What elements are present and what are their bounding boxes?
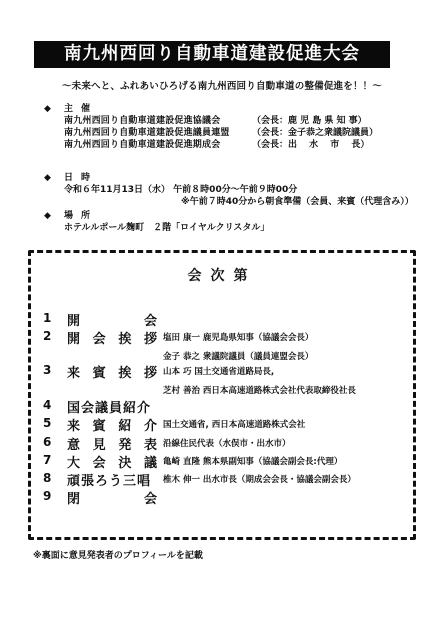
agenda-label-char: 表 — [144, 434, 157, 453]
agenda-label-char: 来 — [67, 362, 80, 381]
agenda-item-detail-secondary: 金子 恭之 衆議院議員（議員連盟会長） — [163, 350, 313, 362]
agenda-label-char: 会 — [144, 488, 157, 507]
section-heading: 日時 — [64, 172, 98, 184]
agenda-item-label: 大会決議 — [67, 452, 157, 471]
agenda-item-detail: 沿線住民代表（水俣市・出水市） — [163, 437, 291, 449]
agenda-item-number: 8 — [43, 471, 51, 485]
venue-name: ホテルルポール麹町 ２階「ロイヤルクリスタル」 — [64, 222, 269, 234]
agenda-label-char: 拶 — [144, 362, 157, 381]
agenda-label-char: 頑張ろう三唱 — [67, 470, 151, 489]
agenda-item-detail: 亀崎 直隆 熊本県副知事（協議会副会長:代理） — [163, 455, 342, 467]
agenda-label-char: 議 — [144, 452, 157, 471]
agenda-item-label: 開会 — [67, 310, 157, 329]
agenda-item-label: 閉会 — [67, 488, 157, 507]
agenda-item-detail: 塩田 康一 鹿児島県知事（協議会会長） — [163, 331, 313, 343]
agenda-title: 会次第 — [31, 265, 413, 285]
agenda-item-detail: 国土交通省, 西日本高速道路株式会社 — [163, 418, 305, 430]
agenda-label-char: 紹 — [118, 415, 131, 434]
agenda-label-char: 賓 — [93, 415, 106, 434]
agenda-item-detail: 椎木 伸一 出水市長（期成会会長・協議会副会長） — [163, 473, 356, 485]
agenda-item-number: 4 — [43, 398, 51, 412]
organizer-chair: （会長：出 水 市 長） — [252, 139, 369, 151]
agenda-item-label: 来賓挨拶 — [67, 362, 157, 381]
agenda-item-number: 3 — [43, 363, 51, 377]
organizer-row: 南九州西回り自動車道建設促進協議会 （会長：鹿 児 島 県 知 事） — [64, 115, 378, 127]
agenda-label-char: 決 — [118, 452, 131, 471]
organizer-name: 南九州西回り自動車道建設促進協議会 — [64, 115, 252, 127]
document-subtitle: ～未来へと、ふれあいひろげる南九州西回り自動車道の整備促進を！！～ — [0, 78, 444, 92]
agenda-label-char: 会 — [144, 310, 157, 329]
event-datetime: 令和６年11月13日（水） 午前８時00分～午前９時00分 — [64, 184, 297, 196]
agenda-item-number: 5 — [43, 416, 51, 430]
agenda-box: 会次第 1開会2開会挨拶塩田 康一 鹿児島県知事（協議会会長）金子 恭之 衆議院… — [28, 250, 416, 540]
agenda-item-label: 国会議員紹介 — [67, 397, 157, 416]
agenda-label-char: 見 — [93, 434, 106, 453]
organizer-chair: （会長：鹿 児 島 県 知 事） — [252, 115, 367, 127]
breakfast-note: ※午前７時40分から朝食準備（会員、来賓（代理含み）） — [181, 196, 414, 208]
organizer-chair: （会長：金子恭之衆議院議員） — [252, 127, 378, 139]
agenda-item-number: 7 — [43, 453, 51, 467]
agenda-label-char: 挨 — [118, 362, 131, 381]
diamond-bullet-icon: ◆ — [44, 172, 51, 184]
agenda-label-char: 開 — [67, 328, 80, 347]
agenda-label-char: 発 — [118, 434, 131, 453]
diamond-bullet-icon: ◆ — [44, 103, 51, 115]
agenda-item-number: 1 — [43, 311, 51, 325]
agenda-label-char: 介 — [144, 415, 157, 434]
agenda-label-char: 国会議員紹介 — [67, 397, 151, 416]
agenda-item-number: 2 — [43, 329, 51, 343]
organizer-name: 南九州西回り自動車道建設促進期成会 — [64, 139, 252, 151]
footnote: ※裏面に意見発表者のプロフィールを記載 — [33, 548, 203, 561]
agenda-item: 5来賓紹介国土交通省, 西日本高速道路株式会社 — [41, 416, 416, 436]
organizer-row: 南九州西回り自動車道建設促進議員連盟 （会長：金子恭之衆議院議員） — [64, 127, 378, 139]
diamond-bullet-icon: ◆ — [44, 210, 51, 222]
agenda-item: 3来賓挨拶山本 巧 国土交通省道路局長,芝村 善治 西日本高速道路株式会社代表取… — [41, 363, 416, 383]
agenda-item-label: 頑張ろう三唱 — [67, 470, 157, 489]
agenda-label-char: 拶 — [144, 328, 157, 347]
agenda-label-char: 賓 — [93, 362, 106, 381]
agenda-item-label: 意見発表 — [67, 434, 157, 453]
agenda-label-char: 大 — [67, 452, 80, 471]
agenda-label-char: 会 — [93, 328, 106, 347]
agenda-label-char: 閉 — [67, 488, 80, 507]
organizer-name: 南九州西回り自動車道建設促進議員連盟 — [64, 127, 252, 139]
agenda-item-label: 開会挨拶 — [67, 328, 157, 347]
organizer-list: 南九州西回り自動車道建設促進協議会 （会長：鹿 児 島 県 知 事） 南九州西回… — [64, 115, 378, 151]
section-heading: 場所 — [64, 210, 98, 222]
agenda-label-char: 意 — [67, 434, 80, 453]
agenda-label-char: 開 — [67, 310, 80, 329]
agenda-item-number: 9 — [43, 489, 51, 503]
document-title: 南九州西回り自動車道建設促進大会 — [34, 41, 390, 68]
agenda-label-char: 会 — [93, 452, 106, 471]
agenda-item-number: 6 — [43, 435, 51, 449]
organizer-row: 南九州西回り自動車道建設促進期成会 （会長：出 水 市 長） — [64, 139, 378, 151]
agenda-item: 2開会挨拶塩田 康一 鹿児島県知事（協議会会長）金子 恭之 衆議院議員（議員連盟… — [41, 329, 416, 349]
section-heading: 主催 — [64, 103, 98, 115]
agenda-item: 9閉会 — [41, 489, 416, 509]
agenda-item-detail-secondary: 芝村 善治 西日本高速道路株式会社代表取締役社長 — [163, 384, 356, 396]
agenda-label-char: 来 — [67, 415, 80, 434]
agenda-item-detail: 山本 巧 国土交通省道路局長, — [163, 365, 274, 377]
agenda-label-char: 挨 — [118, 328, 131, 347]
agenda-item-label: 来賓紹介 — [67, 415, 157, 434]
